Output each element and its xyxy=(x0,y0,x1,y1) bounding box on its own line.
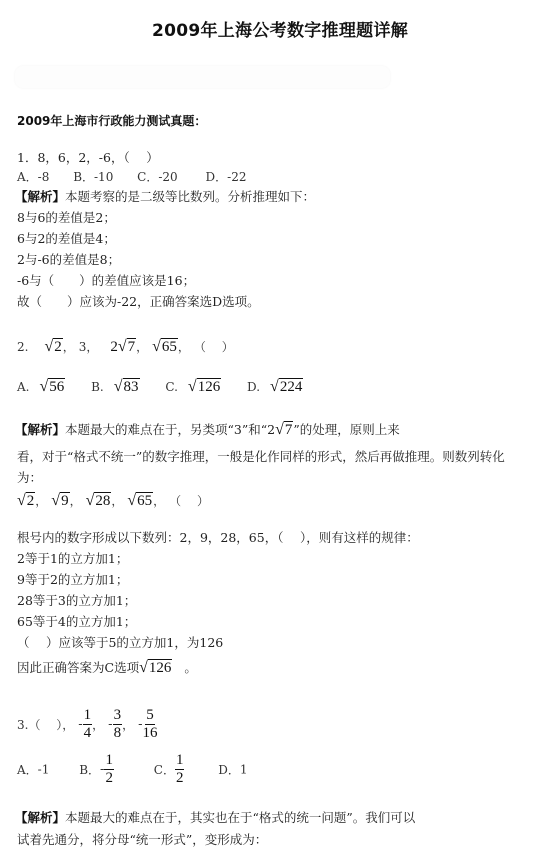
q1-options: A．-8 B．-10 C．-20 D．-22 xyxy=(17,168,246,185)
fraction: 516 xyxy=(142,707,157,742)
q2-pattern-line: 2等于1的立方加1； xyxy=(17,549,128,567)
analysis-tag: 【解析】 xyxy=(15,189,65,204)
section-subtitle: 2009年上海市行政能力测试真题： xyxy=(17,112,206,129)
q2-converted-sequence: √2， √9， √28， √65， （ ） xyxy=(17,492,209,510)
q1-stem: 1．8，6，2，-6，（ ） xyxy=(17,148,159,166)
q2-analysis-line: 为： xyxy=(17,468,42,486)
q3-analysis-intro: 【解析】本题最大的难点在于，其实也在于“格式的统一问题”。我们可以 xyxy=(15,808,415,826)
q2-options: A.√56 B.√83 C.√126 D.√224 xyxy=(17,378,303,396)
coef-sqrt-term: 2√7 xyxy=(110,338,136,356)
q1-analysis-line: 6与2的差值是4； xyxy=(17,229,116,247)
q2-analysis-line: 看，对于“格式不统一”的数字推理，一般是化作同样的形式，然后再做推理。则数列转化 xyxy=(17,447,505,465)
q3-options: A．-1 B．-12 C．12 D．1 xyxy=(17,752,248,787)
q1-analysis-intro: 【解析】本题考察的是二级等比数列。分析推理如下： xyxy=(15,187,315,205)
q1-option-c: C．-20 xyxy=(137,170,178,184)
q1-option-a: A．-8 xyxy=(17,170,49,184)
q2-stem: 2. √2， 3， 2√7， √65， （ ） xyxy=(17,338,234,356)
fraction: 14 xyxy=(83,707,93,742)
sqrt-term: √2 xyxy=(44,338,62,356)
q1-option-b: B．-10 xyxy=(73,170,113,184)
q1-analysis-line: 故（ ）应该为-22，正确答案选D选项。 xyxy=(17,292,260,310)
q2-conclusion: 因此正确答案为C选项√126。 xyxy=(17,658,197,677)
q1-option-d: D．-22 xyxy=(206,170,247,184)
q2-option-b: √83 xyxy=(114,378,140,396)
q1-analysis-line: 8与6的差值是2； xyxy=(17,208,116,226)
q2-option-d: √224 xyxy=(270,378,303,396)
q3-analysis-line: 试着先通分，将分母“统一形式”，变形成为： xyxy=(17,830,267,848)
document-title: 2009年上海公考数字推理题详解 xyxy=(0,16,560,41)
q2-option-a: √56 xyxy=(39,378,65,396)
q1-analysis-line: 2与-6的差值是8； xyxy=(17,250,120,268)
q2-pattern-intro: 根号内的数字形成以下数列：2，9，28，65，（ ），则有这样的规律： xyxy=(17,528,419,546)
q1-analysis-line: -6与（ ）的差值应该是16； xyxy=(17,271,195,289)
q2-pattern-line: 28等于3的立方加1； xyxy=(17,591,136,609)
q2-pattern-line: （ ）应该等于5的立方加1，为126 xyxy=(17,633,223,651)
q2-analysis-intro: 【解析】本题最大的难点在于，另类项“3”和“2√7”的处理，原则上来 xyxy=(15,420,400,439)
faint-watermark-box xyxy=(15,66,390,88)
fraction: 38 xyxy=(113,707,123,742)
q2-pattern-line: 9等于2的立方加1； xyxy=(17,570,128,588)
q2-pattern-line: 65等于4的立方加1； xyxy=(17,612,136,630)
q2-option-c: √126 xyxy=(188,378,221,396)
sqrt-term: √65 xyxy=(152,338,178,356)
q3-stem: 3.（ ）， -14， -38， -516 xyxy=(17,707,157,742)
